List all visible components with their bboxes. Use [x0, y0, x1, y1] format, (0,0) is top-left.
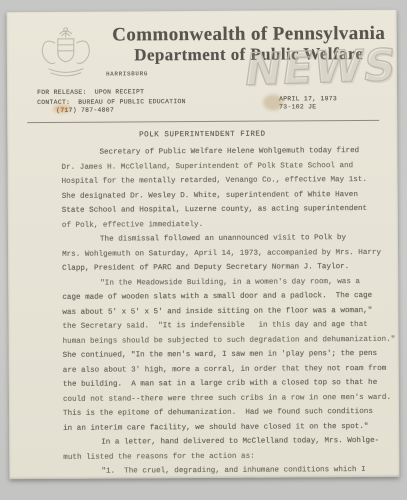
body-line: "1. The cruel, degrading, and inhumane c…: [63, 463, 399, 480]
body-line: cage made of wooden slats with a small d…: [62, 289, 398, 306]
ink-stain: [53, 105, 71, 113]
for-release-label: FOR RELEASE:: [37, 89, 87, 96]
divider-rule: [27, 120, 379, 123]
letterhead-city: HARRISBURG: [106, 70, 148, 77]
body-line: She designated Dr. Wesley D. White, supe…: [62, 187, 398, 204]
body-line: "In the Meadowside Building, in a women'…: [62, 274, 398, 291]
body-line: This is the epitome of dehumanization. H…: [63, 405, 399, 422]
for-release-row: FOR RELEASE:UPON RECEIPT: [37, 88, 144, 96]
body-line: are also about 3' high, more a corral, i…: [63, 361, 399, 378]
body-line: human beings should be subjected to such…: [63, 332, 399, 349]
release-number: 73-102 JE: [279, 103, 316, 110]
pennsylvania-coat-of-arms-icon: [37, 25, 95, 89]
ink-stain: [263, 95, 283, 111]
news-watermark: NEWS: [241, 44, 407, 93]
press-release-page: Commonwealth of Pennsylvania Department …: [7, 10, 400, 479]
headline: POLK SUPERINTENDENT FIRED: [7, 130, 397, 140]
release-date: APRIL 17, 1973: [279, 95, 337, 102]
body-text: Secretary of Public Welfare Helene Wohlg…: [61, 144, 399, 480]
body-line: Mrs. Wohlgemuth on Saturday, April 14, 1…: [62, 245, 398, 262]
contact-org: BUREAU OF PUBLIC EDUCATION: [78, 98, 186, 106]
for-release-value: UPON RECEIPT: [95, 88, 145, 95]
